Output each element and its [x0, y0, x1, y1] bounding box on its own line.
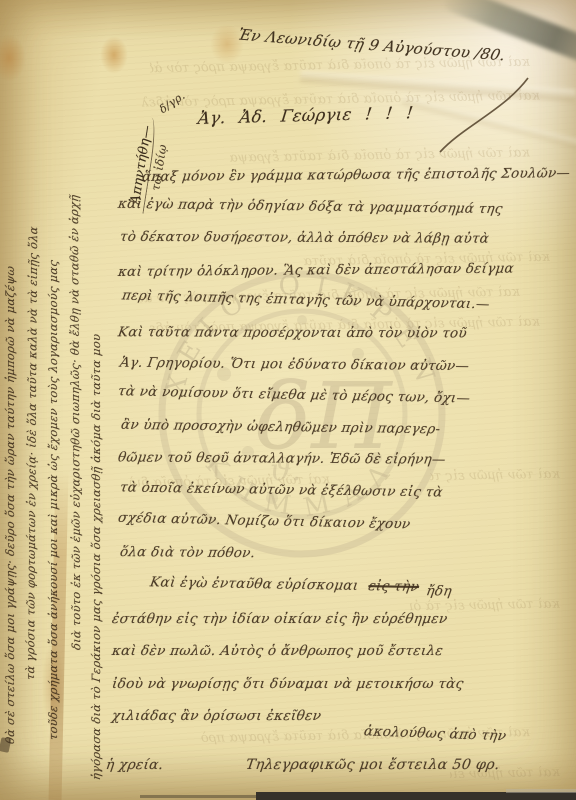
body-line: ἅπαξ μόνον ἓν γράμμα κατώρθωσα τῆς ἐπιστ… [140, 158, 576, 193]
body-line: ἂν ὑπὸ προσοχὴν ὠφεληθῶμεν πρὶν παρεγερ- [119, 410, 576, 448]
body-line: Καὶ ἐγὼ ἐνταῦθα εὑρίσκομαιεἰς τὴνἤδη [147, 566, 576, 606]
closing-line: ἡ χρεία. Τηλεγραφικῶς μοι ἔστειλα 50 φρ. [110, 749, 576, 782]
letter-scan: καὶ τῶν ἡμῶν εἰς τὰ ὁποῖα διὰ ταῦτα ἔγρα… [0, 0, 576, 800]
margin-note-line: τὰ γρόσια τῶν φορτωμάτων ἐν χρείᾳ· ἰδὲ ὅ… [19, 0, 46, 800]
body-line: καὶ δὲν πωλῶ. Αὐτὸς ὁ ἄνθρωπος μοῦ ἔστει… [110, 635, 576, 668]
margin-note-line: διὰ τοῦτο ἐκ τῶν ἐμῶν εὐχαριστηθῶ σιωπηλ… [62, 0, 88, 800]
margin-note-line: τοῦδε χρήματα ὅσα ἀνήκουσί μοι καὶ μικρὰ… [43, 0, 65, 800]
scan-edge-strip [256, 792, 576, 800]
body-line: ἰδοὺ νὰ γνωρίσῃς ὅτι δύναμαι νὰ μετοικήσ… [110, 668, 576, 701]
margin-notes: θὰ σὲ στείλω ὅσα μοι γράψῃς· δεῦρο ὅσα τ… [0, 0, 116, 800]
body-paragraph-2: Καὶ ἐγὼ ἐνταῦθα εὑρίσκομαιεἰς τὴνἤδη ἐστ… [112, 570, 576, 782]
closing-left-word: ἡ χρεία. [105, 757, 164, 773]
body-line: Καὶ ταῦτα πάντα προσέρχονται ἀπὸ τὸν υἱὸ… [116, 317, 576, 350]
body-paragraph-1: ἅπαξ μόνον ἓν γράμμα κατώρθωσα τῆς ἐπιστ… [118, 160, 576, 571]
scan-edge-line [140, 795, 262, 798]
body-line: καὶ ἐγὼ παρὰ τὴν ὁδηγίαν δόξα τὰ γραμματ… [116, 188, 576, 226]
pen-flourish [432, 72, 542, 162]
margin-note-line: θὰ σὲ στείλω ὅσα μοι γράψῃς· δεῦρο ὅσα τ… [0, 0, 22, 800]
body-line: ἐστάθην εἰς τὴν ἰδίαν οἰκίαν εἰς ἣν εὑρέ… [110, 603, 576, 636]
body-line: θῶμεν τοῦ θεοῦ ἀνταλλαγήν. Ἐδῶ δὲ εἰρήνη… [116, 443, 576, 478]
inserted-word: ἤδη [425, 583, 453, 599]
body-line: τὸ δέκατον δυσήρεστον, ἀλλὰ ὁπόθεν νὰ λά… [118, 222, 576, 256]
closing-sentence: Τηλεγραφικῶς μοι ἔστειλα 50 φρ. [245, 757, 501, 773]
body-line-text: Καὶ ἐγὼ ἐνταῦθα εὑρίσκομαι [149, 574, 360, 594]
scan-edge-gray [506, 789, 576, 793]
margin-note-line: ἠγόρασα διὰ τὸ Γεράκιον μας γρόσια ὅσα χ… [86, 0, 108, 800]
struck-through-words: εἰς τὴν [367, 578, 420, 595]
